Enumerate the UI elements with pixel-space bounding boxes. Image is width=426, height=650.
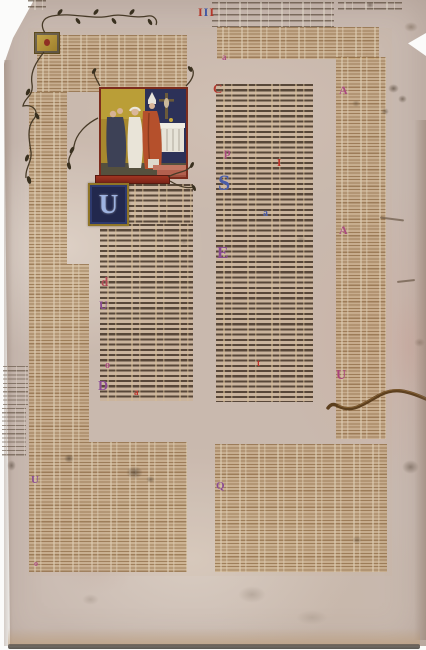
stain <box>238 586 266 603</box>
stain <box>296 610 328 625</box>
stain <box>180 238 188 245</box>
stain <box>381 108 389 115</box>
page-edge-shadow-left <box>4 60 13 646</box>
page-bottom-band <box>8 628 420 645</box>
pink-patch <box>56 552 136 594</box>
stain <box>404 22 418 32</box>
stain <box>82 594 99 605</box>
page-edge-shadow-right <box>414 120 426 640</box>
page-bottom-edge <box>8 644 420 649</box>
parchment-tail <box>0 0 426 650</box>
stain <box>388 84 399 93</box>
stain <box>366 2 374 8</box>
stain <box>398 95 407 103</box>
stain <box>296 236 306 244</box>
stain <box>126 466 143 479</box>
stain <box>146 476 155 483</box>
stain <box>64 454 74 463</box>
stain <box>352 100 360 107</box>
stain <box>352 536 362 544</box>
manuscript-photo: III <box>0 0 426 650</box>
